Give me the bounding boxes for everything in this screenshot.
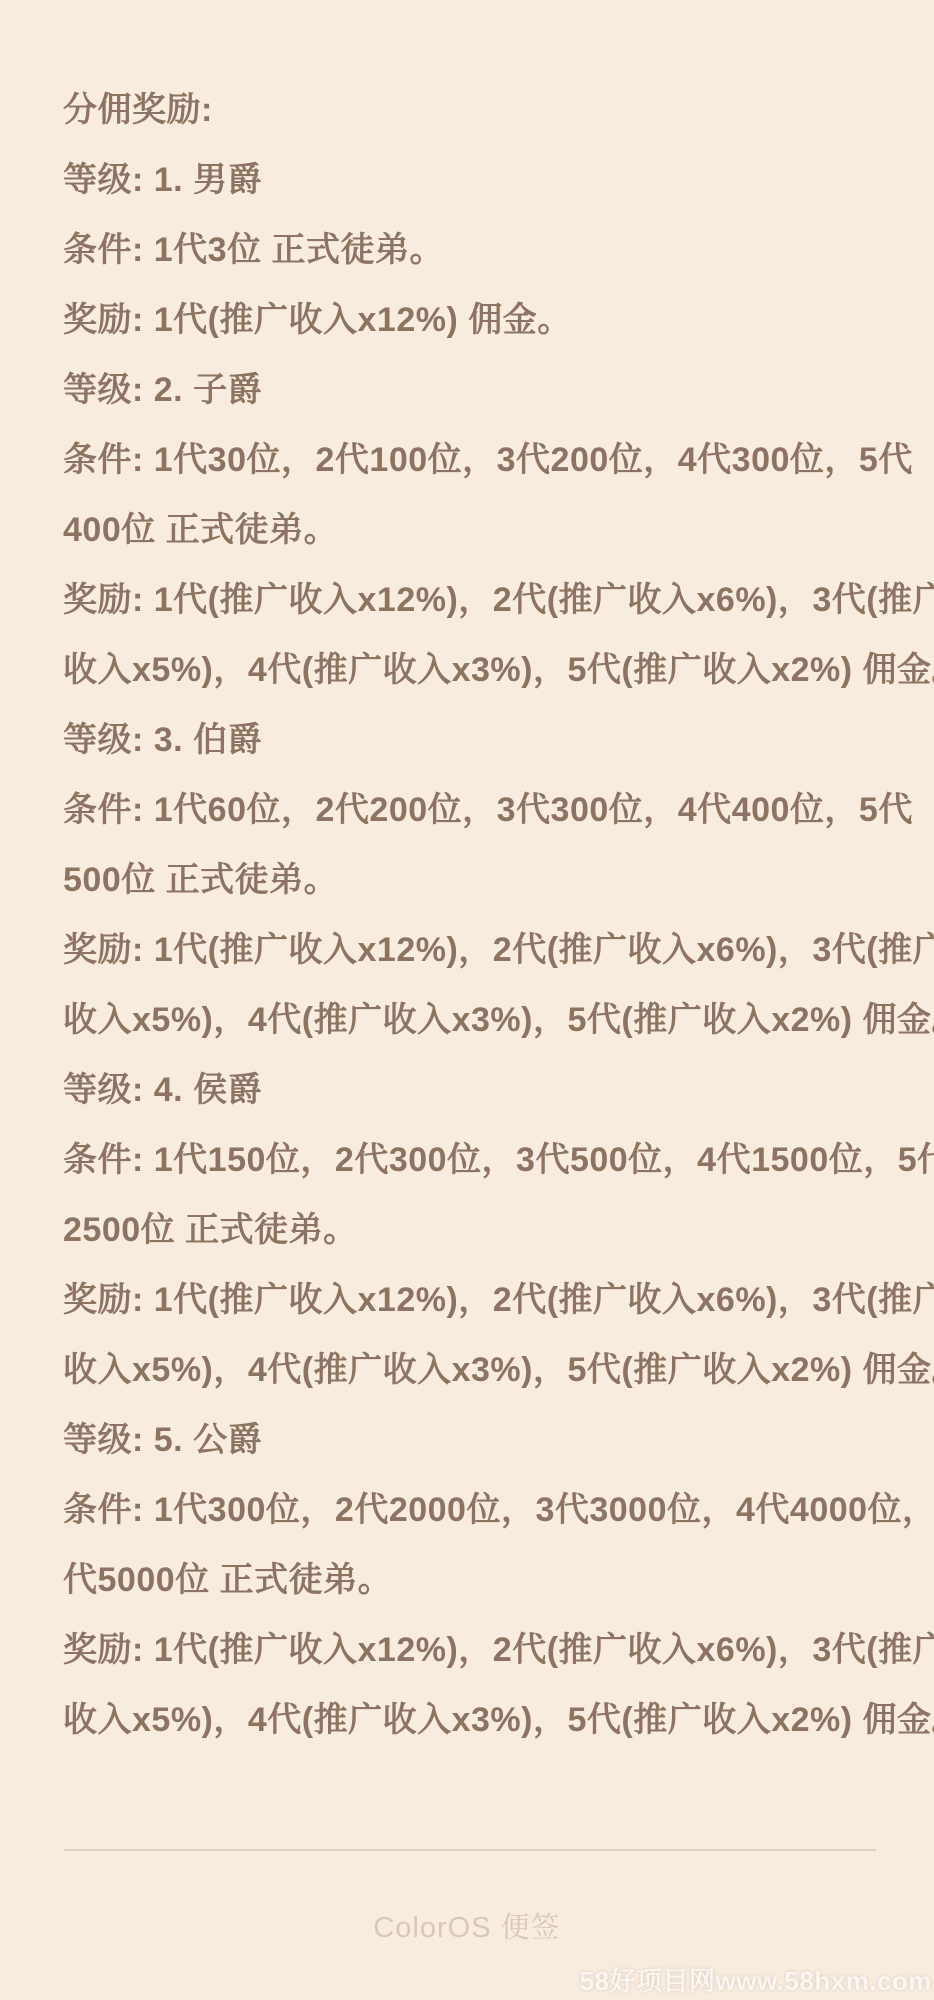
note-page: 分佣奖励: 等级: 1. 男爵 条件: 1代3位 正式徒弟。 奖励: 1代(推广… — [0, 0, 934, 2000]
level-condition-line: 400位 正式徒弟。 — [63, 495, 878, 565]
level-title: 等级: 4. 侯爵 — [63, 1055, 878, 1125]
level-reward-line: 奖励: 1代(推广收入x12%)，2代(推广收入x6%)，3代(推广 — [63, 915, 878, 985]
level-condition-line: 条件: 1代3位 正式徒弟。 — [63, 215, 878, 285]
level-reward-line: 奖励: 1代(推广收入x12%)，2代(推广收入x6%)，3代(推广 — [63, 565, 878, 635]
level-title: 等级: 2. 子爵 — [63, 355, 878, 425]
level-section-3: 等级: 3. 伯爵 条件: 1代60位，2代200位，3代300位，4代400位… — [63, 705, 878, 1055]
level-reward-line: 奖励: 1代(推广收入x12%) 佣金。 — [63, 285, 878, 355]
level-condition-line: 条件: 1代30位，2代100位，3代200位，4代300位，5代 — [63, 425, 878, 495]
level-reward-line: 收入x5%)，4代(推广收入x3%)，5代(推广收入x2%) 佣金。 — [63, 1335, 878, 1405]
level-condition-line: 条件: 1代60位，2代200位，3代300位，4代400位，5代 — [63, 775, 878, 845]
level-reward-line: 奖励: 1代(推广收入x12%)，2代(推广收入x6%)，3代(推广 — [63, 1615, 878, 1685]
level-title: 等级: 5. 公爵 — [63, 1405, 878, 1475]
level-reward-line: 收入x5%)，4代(推广收入x3%)，5代(推广收入x2%) 佣金。 — [63, 1685, 878, 1755]
level-section-1: 等级: 1. 男爵 条件: 1代3位 正式徒弟。 奖励: 1代(推广收入x12%… — [63, 145, 878, 355]
site-url-watermark: 58好项目网www.58hxm.com — [580, 1961, 932, 1998]
level-section-4: 等级: 4. 侯爵 条件: 1代150位，2代300位，3代500位，4代150… — [63, 1055, 878, 1405]
level-title: 等级: 3. 伯爵 — [63, 705, 878, 775]
note-content: 分佣奖励: 等级: 1. 男爵 条件: 1代3位 正式徒弟。 奖励: 1代(推广… — [63, 75, 878, 1755]
level-condition-line: 条件: 1代300位，2代2000位，3代3000位，4代4000位，5 — [63, 1475, 878, 1545]
level-reward-line: 收入x5%)，4代(推广收入x3%)，5代(推广收入x2%) 佣金。 — [63, 635, 878, 705]
level-reward-line: 收入x5%)，4代(推广收入x3%)，5代(推广收入x2%) 佣金。 — [63, 985, 878, 1055]
note-heading: 分佣奖励: — [63, 75, 878, 145]
level-section-2: 等级: 2. 子爵 条件: 1代30位，2代100位，3代200位，4代300位… — [63, 355, 878, 705]
level-condition-line: 代5000位 正式徒弟。 — [63, 1545, 878, 1615]
level-condition-line: 条件: 1代150位，2代300位，3代500位，4代1500位，5代 — [63, 1125, 878, 1195]
level-reward-line: 奖励: 1代(推广收入x12%)，2代(推广收入x6%)，3代(推广 — [63, 1265, 878, 1335]
level-section-5: 等级: 5. 公爵 条件: 1代300位，2代2000位，3代3000位，4代4… — [63, 1405, 878, 1755]
coloros-notes-watermark: ColorOS 便签 — [0, 1906, 934, 1950]
level-condition-line: 500位 正式徒弟。 — [63, 845, 878, 915]
level-title: 等级: 1. 男爵 — [63, 145, 878, 215]
footer-divider — [64, 1849, 876, 1851]
level-condition-line: 2500位 正式徒弟。 — [63, 1195, 878, 1265]
